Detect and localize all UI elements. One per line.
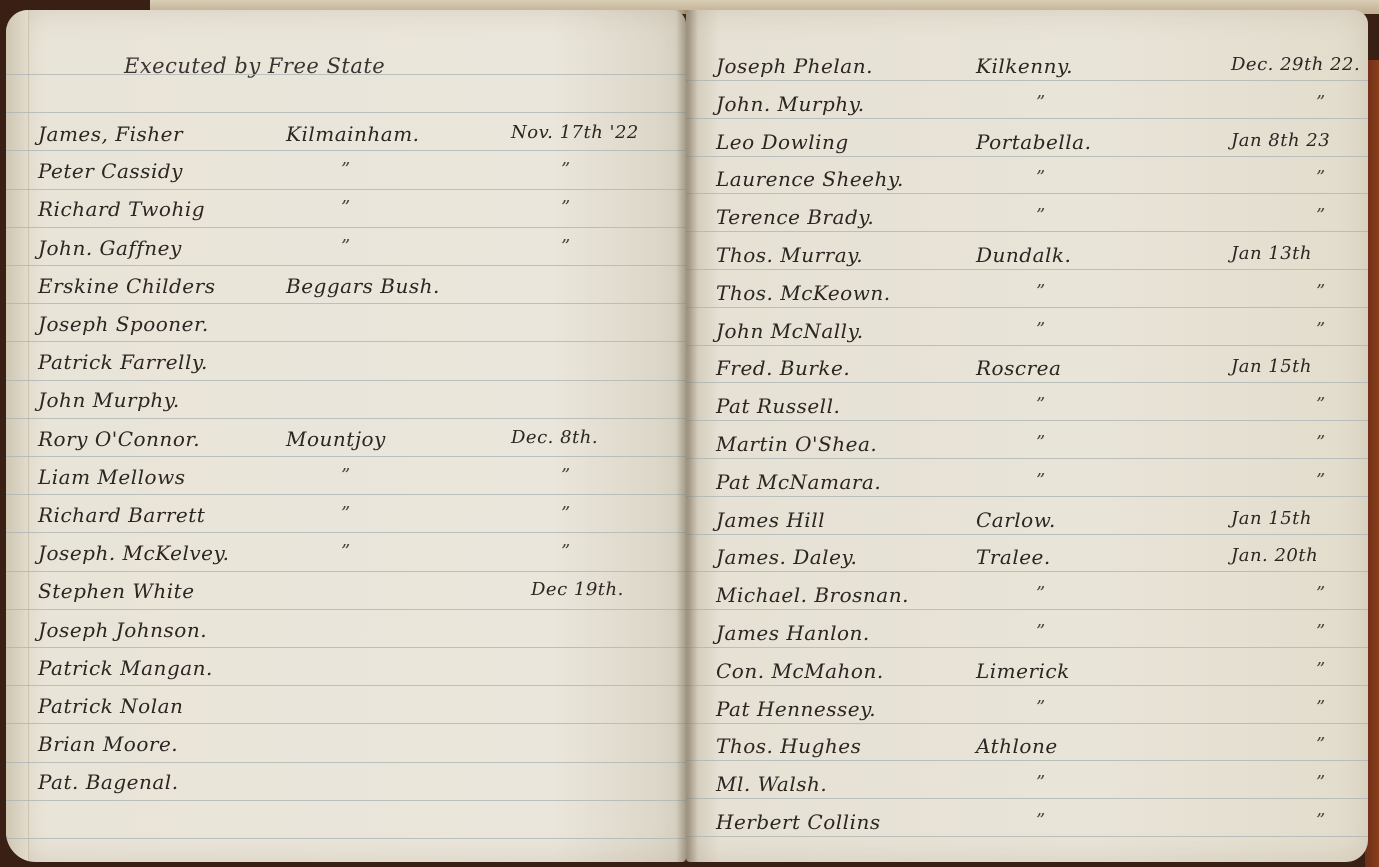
person-name: John McNally. [716,319,864,343]
execution-place: ” [1036,92,1046,113]
ruled-line [6,532,686,533]
execution-place: ” [1036,621,1046,642]
person-name: Patrick Farrelly. [38,350,208,374]
execution-date: ” [561,236,571,257]
person-name: Thos. McKeown. [716,281,891,305]
execution-date: ” [1316,92,1326,113]
execution-date: Dec 19th. [531,579,624,600]
execution-date: Jan 15th [1231,356,1312,377]
ruled-line [6,150,686,151]
person-name: Pat. Bagenal. [38,770,179,794]
execution-place: Mountjoy [286,427,386,451]
execution-place: ” [341,197,351,218]
ruled-line [6,418,686,419]
execution-place: Kilkenny. [976,54,1073,78]
ruled-line [686,836,1368,837]
execution-date: ” [561,541,571,562]
person-name: Joseph Phelan. [716,54,873,78]
execution-date: ” [1316,432,1326,453]
person-name: John. Murphy. [716,92,865,116]
execution-place: ” [1036,319,1046,340]
execution-place: ” [1036,810,1046,831]
execution-date: Dec. 29th 22. [1231,54,1360,75]
execution-date: Jan 15th [1231,508,1312,529]
person-name: Herbert Collins [716,810,881,834]
person-name: Joseph. McKelvey. [38,541,230,565]
person-name: Con. McMahon. [716,659,884,683]
ruled-line [686,269,1368,270]
ruled-line [6,112,686,113]
execution-place: ” [1036,583,1046,604]
person-name: Leo Dowling [716,130,849,154]
ruled-line [686,760,1368,761]
person-name: James, Fisher [38,122,183,146]
execution-place: ” [341,465,351,486]
person-name: Richard Barrett [38,503,205,527]
execution-place: ” [341,503,351,524]
execution-place: Kilmainham. [286,122,420,146]
execution-place: ” [1036,432,1046,453]
execution-date: ” [1316,621,1326,642]
person-name: Terence Brady. [716,205,874,229]
ruled-line [6,227,686,228]
person-name: Brian Moore. [38,732,178,756]
person-name: Rory O'Connor. [38,427,200,451]
ruled-line [686,571,1368,572]
execution-date: ” [1316,394,1326,415]
execution-place: Carlow. [976,508,1056,532]
ruled-line [686,193,1368,194]
execution-date: ” [561,197,571,218]
ruled-line [686,647,1368,648]
person-name: Peter Cassidy [38,159,183,183]
ruled-line [6,494,686,495]
ruled-line [6,380,686,381]
ruled-line [686,156,1368,157]
ruled-line [686,458,1368,459]
person-name: Richard Twohig [38,197,205,221]
person-name: Thos. Murray. [716,243,863,267]
execution-date: ” [1316,810,1326,831]
execution-date: Dec. 8th. [511,427,598,448]
execution-date: ” [1316,697,1326,718]
execution-date: ” [1316,281,1326,302]
ruled-line [6,609,686,610]
person-name: Joseph Johnson. [38,618,207,642]
execution-date: Jan. 20th [1231,545,1318,566]
ruled-line [6,456,686,457]
execution-place: Athlone [976,734,1058,758]
execution-date: ” [1316,167,1326,188]
person-name: Ml. Walsh. [716,772,827,796]
person-name: Martin O'Shea. [716,432,877,456]
execution-place: ” [341,541,351,562]
ruled-line [6,341,686,342]
execution-place: ” [1036,772,1046,793]
person-name: Thos. Hughes [716,734,861,758]
ruled-line [6,723,686,724]
execution-date: ” [561,465,571,486]
person-name: Pat Russell. [716,394,840,418]
person-name: Liam Mellows [38,465,185,489]
execution-place: Beggars Bush. [286,274,440,298]
ruled-line [686,382,1368,383]
ruled-line [686,420,1368,421]
execution-date: Jan 13th [1231,243,1312,264]
execution-date: ” [1316,734,1326,755]
execution-place: Roscrea [976,356,1061,380]
ruled-line [686,345,1368,346]
person-name: Erskine Childers [38,274,215,298]
ruled-line [6,74,686,75]
execution-place: ” [341,236,351,257]
person-name: Michael. Brosnan. [716,583,909,607]
ruled-line [6,800,686,801]
left-page: Executed by Free State James, FisherKilm… [6,10,686,862]
execution-place: Limerick [976,659,1070,683]
ruled-line [6,265,686,266]
ruled-line [686,534,1368,535]
ruled-line [686,118,1368,119]
ruled-line [686,798,1368,799]
person-name: Laurence Sheehy. [716,167,904,191]
person-name: James. Daley. [716,545,857,569]
ruled-line [6,762,686,763]
execution-date: ” [561,159,571,180]
execution-place: ” [341,159,351,180]
ruled-line [6,303,686,304]
execution-place: ” [1036,205,1046,226]
execution-date: ” [1316,659,1326,680]
execution-date: ” [1316,319,1326,340]
execution-place: ” [1036,281,1046,302]
ruled-line [686,80,1368,81]
person-name: John. Gaffney [38,236,182,260]
ruled-line [686,231,1368,232]
person-name: Pat Hennessey. [716,697,876,721]
person-name: Patrick Nolan [38,694,183,718]
execution-place: Dundalk. [976,243,1071,267]
execution-place: Portabella. [976,130,1091,154]
ruled-line [686,307,1368,308]
execution-place: ” [1036,394,1046,415]
ruled-line [686,685,1368,686]
ruled-line [6,571,686,572]
person-name: Pat McNamara. [716,470,881,494]
execution-date: ” [1316,470,1326,491]
ruled-line [686,723,1368,724]
execution-place: ” [1036,167,1046,188]
page-edge-strip [6,10,29,862]
execution-place: ” [1036,697,1046,718]
ruled-line [6,189,686,190]
ruled-line [6,838,686,839]
right-page: Joseph Phelan.Kilkenny.Dec. 29th 22.John… [686,10,1368,862]
person-name: Joseph Spooner. [38,312,209,336]
person-name: John Murphy. [38,388,180,412]
person-name: Stephen White [38,579,195,603]
execution-place: ” [1036,470,1046,491]
person-name: James Hill [716,508,825,532]
execution-date: Nov. 17th '22 [511,122,639,143]
execution-date: ” [1316,205,1326,226]
execution-date: Jan 8th 23 [1231,130,1330,151]
execution-place: Tralee. [976,545,1051,569]
execution-date: ” [1316,772,1326,793]
ruled-line [6,647,686,648]
ruled-line [686,609,1368,610]
execution-date: ” [561,503,571,524]
execution-date: ” [1316,583,1326,604]
person-name: Fred. Burke. [716,356,850,380]
ruled-line [686,496,1368,497]
person-name: James Hanlon. [716,621,870,645]
ruled-line [6,685,686,686]
person-name: Patrick Mangan. [38,656,213,680]
